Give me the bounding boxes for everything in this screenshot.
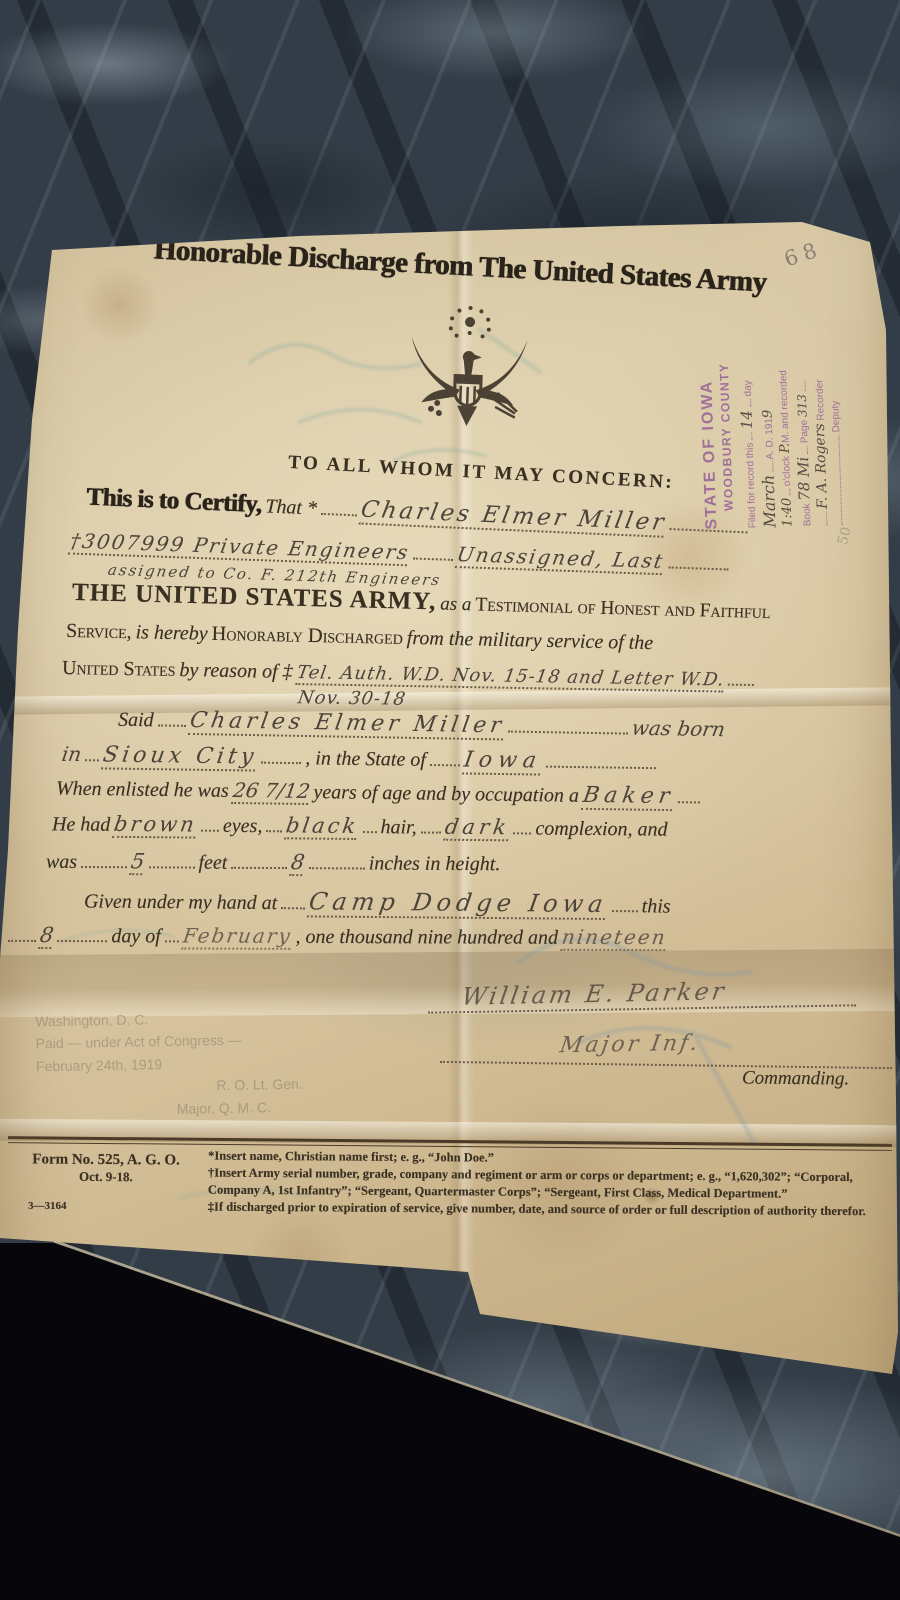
dotted-rule bbox=[670, 512, 749, 533]
birthplace-line: in Sioux City , in the State of Iowa bbox=[62, 742, 656, 777]
stamp-ad-label: A. D. 191 bbox=[763, 418, 775, 460]
dotted-rule bbox=[231, 851, 287, 869]
dotted-rule bbox=[413, 541, 454, 560]
crease bbox=[0, 1119, 900, 1147]
by-reason: by reason of ‡ bbox=[179, 659, 293, 683]
paymaster-stamp-line: Washington, D. C. bbox=[35, 1006, 302, 1033]
serial-handwritten: †3007999 Private Engineers bbox=[68, 529, 412, 567]
stamp-recorder-handwritten: F. A. Rogers bbox=[812, 423, 832, 509]
footnotes: *Insert name, Christian name first; e. g… bbox=[208, 1148, 896, 1220]
state-lead: , in the State of bbox=[305, 747, 426, 771]
place-handwritten: Camp Dodge Iowa bbox=[307, 887, 610, 920]
stamp-filed-pre: Filed for record this bbox=[745, 442, 759, 528]
stamp-book-label: Book bbox=[802, 503, 814, 526]
form-date: Oct. 9-18. bbox=[16, 1168, 196, 1185]
commanding-label: Commanding. bbox=[742, 1068, 849, 1091]
dotted-rule bbox=[57, 924, 107, 942]
dotted-rule bbox=[799, 446, 808, 454]
dotted-rule bbox=[430, 748, 460, 766]
certify-line: This is to Certify, That * Charles Elmer… bbox=[86, 484, 749, 542]
hair-handwritten: black bbox=[284, 813, 360, 840]
stamp-recorder-label: Recorder bbox=[814, 379, 826, 420]
dotted-rule bbox=[165, 924, 179, 942]
stamp-recorded-label: M. and recorded bbox=[778, 370, 792, 443]
stamp-state: STATE OF IOWA bbox=[694, 271, 723, 530]
united-states-words: United States bbox=[62, 657, 176, 681]
feet-label: feet bbox=[198, 852, 227, 874]
dotted-rule bbox=[743, 432, 752, 440]
thousand-words: , one thousand nine hundred and bbox=[295, 926, 558, 949]
photo-of-discharge-certificate: Honorable Discharge from The United Stat… bbox=[0, 0, 900, 1600]
signature-handwritten: William E. Parker bbox=[460, 977, 729, 1011]
dotted-rule bbox=[321, 497, 358, 517]
document-title: Honorable Discharge from The United Stat… bbox=[110, 231, 811, 302]
dotted-rule bbox=[81, 850, 127, 868]
height-line: was 5 feet 8 inches in height. bbox=[46, 849, 501, 877]
age-handwritten: 26 7/12 bbox=[231, 778, 312, 805]
stamp-time-handwritten: 1:40 bbox=[779, 497, 796, 527]
stamp-year-handwritten: 9 bbox=[760, 409, 777, 418]
said-line: Said Charles Elmer Miller was born bbox=[118, 707, 726, 745]
dotted-rule bbox=[818, 512, 827, 526]
dotted-rule bbox=[742, 399, 751, 407]
footer-rule bbox=[8, 1136, 892, 1147]
us-army-eagle-seal-icon bbox=[395, 300, 540, 463]
age-post: years of age and by occupation a bbox=[313, 781, 579, 807]
reason-handwritten-2: Nov. 30-18 bbox=[296, 687, 407, 709]
dotted-rule bbox=[158, 708, 186, 726]
inches-label: inches in height. bbox=[369, 853, 501, 876]
pencil-note-68: 68 bbox=[781, 237, 825, 272]
stamp-day-handwritten: 14 bbox=[737, 410, 756, 430]
certify-lead: This is to Certify, bbox=[86, 484, 262, 519]
army-title: THE UNITED STATES ARMY, bbox=[72, 579, 437, 616]
date-line: 8 day of February , one thousand nine hu… bbox=[8, 923, 667, 951]
in-word: in bbox=[60, 742, 83, 766]
reason-line: United States by reason of ‡ Tel. Auth. … bbox=[62, 656, 754, 693]
from-military: from the military service of the bbox=[407, 627, 654, 654]
footnote-1: *Insert name, Christian name first; e. g… bbox=[208, 1148, 896, 1170]
form-number: Form No. 525, A. G. O. bbox=[16, 1151, 196, 1169]
serial-handwritten-end: Unassigned, Last bbox=[455, 542, 667, 575]
testimonial: Testimonial of Honest and Faithful bbox=[475, 594, 771, 623]
crease bbox=[0, 687, 900, 714]
dotted-rule bbox=[148, 850, 194, 868]
given-lead: Given under my hand at bbox=[84, 890, 277, 914]
salutation: TO ALL WHOM IT MAY CONCERN: bbox=[288, 452, 675, 494]
soldier-name-handwritten: Charles Elmer Miller bbox=[358, 497, 668, 538]
dotted-rule bbox=[261, 746, 301, 765]
paymaster-stamp-line: R. O. Lt. Gen. bbox=[216, 1073, 303, 1097]
serial-interline-handwritten: assigned to Co. F. 212th Engineers bbox=[107, 561, 443, 589]
said-word: Said bbox=[118, 709, 154, 732]
footnote-3: ‡If discharged prior to expiration of se… bbox=[208, 1198, 896, 1220]
footnote-2: †Insert Army serial number, grade, compa… bbox=[208, 1164, 896, 1203]
certify-that: That * bbox=[265, 495, 318, 519]
form-number-block: Form No. 525, A. G. O. Oct. 9-18. bbox=[16, 1151, 196, 1185]
was-born: was born bbox=[630, 716, 727, 742]
army-line: THE UNITED STATES ARMY, as a Testimonial… bbox=[72, 579, 771, 625]
dotted-rule bbox=[362, 815, 376, 833]
dotted-rule bbox=[612, 894, 638, 912]
stamp-book-handwritten: 78 Mi bbox=[794, 456, 814, 501]
dotted-rule bbox=[728, 668, 754, 686]
dotted-rule bbox=[85, 743, 99, 761]
dotted-rule bbox=[546, 750, 656, 770]
stamp-meridiem-handwritten: P. bbox=[778, 443, 795, 454]
day-handwritten: 8 bbox=[38, 923, 55, 949]
occupation-handwritten: Baker bbox=[581, 783, 676, 811]
stamp-oclock-label: o'clock bbox=[781, 456, 793, 487]
age-line: When enlisted he was 26 7/12 years of ag… bbox=[56, 776, 700, 812]
dotted-rule bbox=[513, 816, 531, 834]
signature-rule bbox=[428, 988, 856, 1013]
dotted-rule bbox=[764, 462, 773, 472]
print-code: 3—3164 bbox=[28, 1200, 67, 1212]
rank-handwritten: Major Inf. bbox=[558, 1031, 702, 1059]
month-handwritten: February bbox=[181, 923, 293, 949]
stamp-page-label: Page bbox=[799, 420, 811, 444]
pencil-note-50: 50 bbox=[835, 525, 855, 546]
stamp-deputy-label: Deputy bbox=[830, 401, 842, 433]
day-of: day of bbox=[111, 925, 161, 947]
dotted-rule bbox=[797, 381, 806, 391]
footer-rule-thin bbox=[8, 1142, 892, 1151]
service-line: Service, is hereby Honorably Discharged … bbox=[66, 620, 654, 655]
rank-rule bbox=[440, 1045, 892, 1069]
complexion-handwritten: dark bbox=[443, 815, 512, 842]
dotted-rule bbox=[678, 785, 700, 803]
soldier-name-handwritten: Charles Elmer Miller bbox=[187, 708, 506, 740]
as-a: as a bbox=[440, 594, 472, 616]
service-word: Service, bbox=[66, 620, 132, 643]
state-handwritten: Iowa bbox=[462, 747, 544, 775]
paymaster-stamp-line: Major, Q. M. C. bbox=[177, 1095, 304, 1120]
features-line: He had brown eyes, black hair, dark comp… bbox=[52, 811, 668, 842]
crease bbox=[448, 226, 474, 1326]
stamp-month-handwritten: March bbox=[758, 474, 780, 528]
dotted-rule bbox=[508, 715, 628, 735]
dotted-rule bbox=[201, 814, 219, 832]
dotted-rule bbox=[266, 814, 282, 832]
dotted-rule bbox=[421, 816, 441, 834]
dotted-rule bbox=[830, 435, 842, 525]
paymaster-stamp: Washington, D. C. Paid — under Act of Co… bbox=[35, 1006, 303, 1123]
was-word: was bbox=[46, 851, 77, 873]
stamp-county: WOODBURY COUNTY bbox=[714, 271, 737, 511]
stamp-page-handwritten: 313 bbox=[795, 394, 811, 417]
paymaster-stamp-line: February 24th, 1919 bbox=[36, 1050, 303, 1077]
this-word: this bbox=[642, 895, 671, 917]
serial-line: †3007999 Private Engineers Unassigned, L… bbox=[70, 529, 729, 578]
dotted-rule bbox=[309, 851, 365, 869]
eyes-label: eyes, bbox=[223, 815, 263, 837]
inches-handwritten: 8 bbox=[289, 850, 306, 876]
paymaster-stamp-line: Paid — under Act of Congress — bbox=[35, 1028, 302, 1055]
year-handwritten: nineteen bbox=[560, 925, 668, 951]
he-had: He had bbox=[52, 813, 111, 836]
dotted-rule bbox=[281, 891, 305, 909]
complexion-label: complexion, and bbox=[535, 818, 667, 841]
recorder-stamp: STATE OF IOWA WOODBURY COUNTY Filed for … bbox=[694, 266, 875, 530]
crease bbox=[0, 949, 900, 1017]
when-enlisted: When enlisted he was bbox=[56, 778, 229, 802]
dotted-rule bbox=[668, 550, 729, 570]
given-line: Given under my hand at Camp Dodge Iowa t… bbox=[84, 885, 671, 920]
dotted-rule bbox=[8, 924, 36, 942]
discharged-words: Honorably Discharged bbox=[211, 623, 403, 649]
feet-handwritten: 5 bbox=[129, 849, 146, 875]
hair-label: hair, bbox=[380, 816, 416, 838]
is-hereby: is hereby bbox=[135, 621, 207, 645]
stamp-filed-post: day bbox=[742, 380, 754, 396]
dotted-rule bbox=[781, 489, 790, 495]
eyes-handwritten: brown bbox=[112, 812, 199, 839]
birthplace-handwritten: Sioux City bbox=[101, 742, 259, 771]
reason-handwritten: Tel. Auth. W.D. Nov. 15-18 and Letter W.… bbox=[295, 662, 726, 692]
